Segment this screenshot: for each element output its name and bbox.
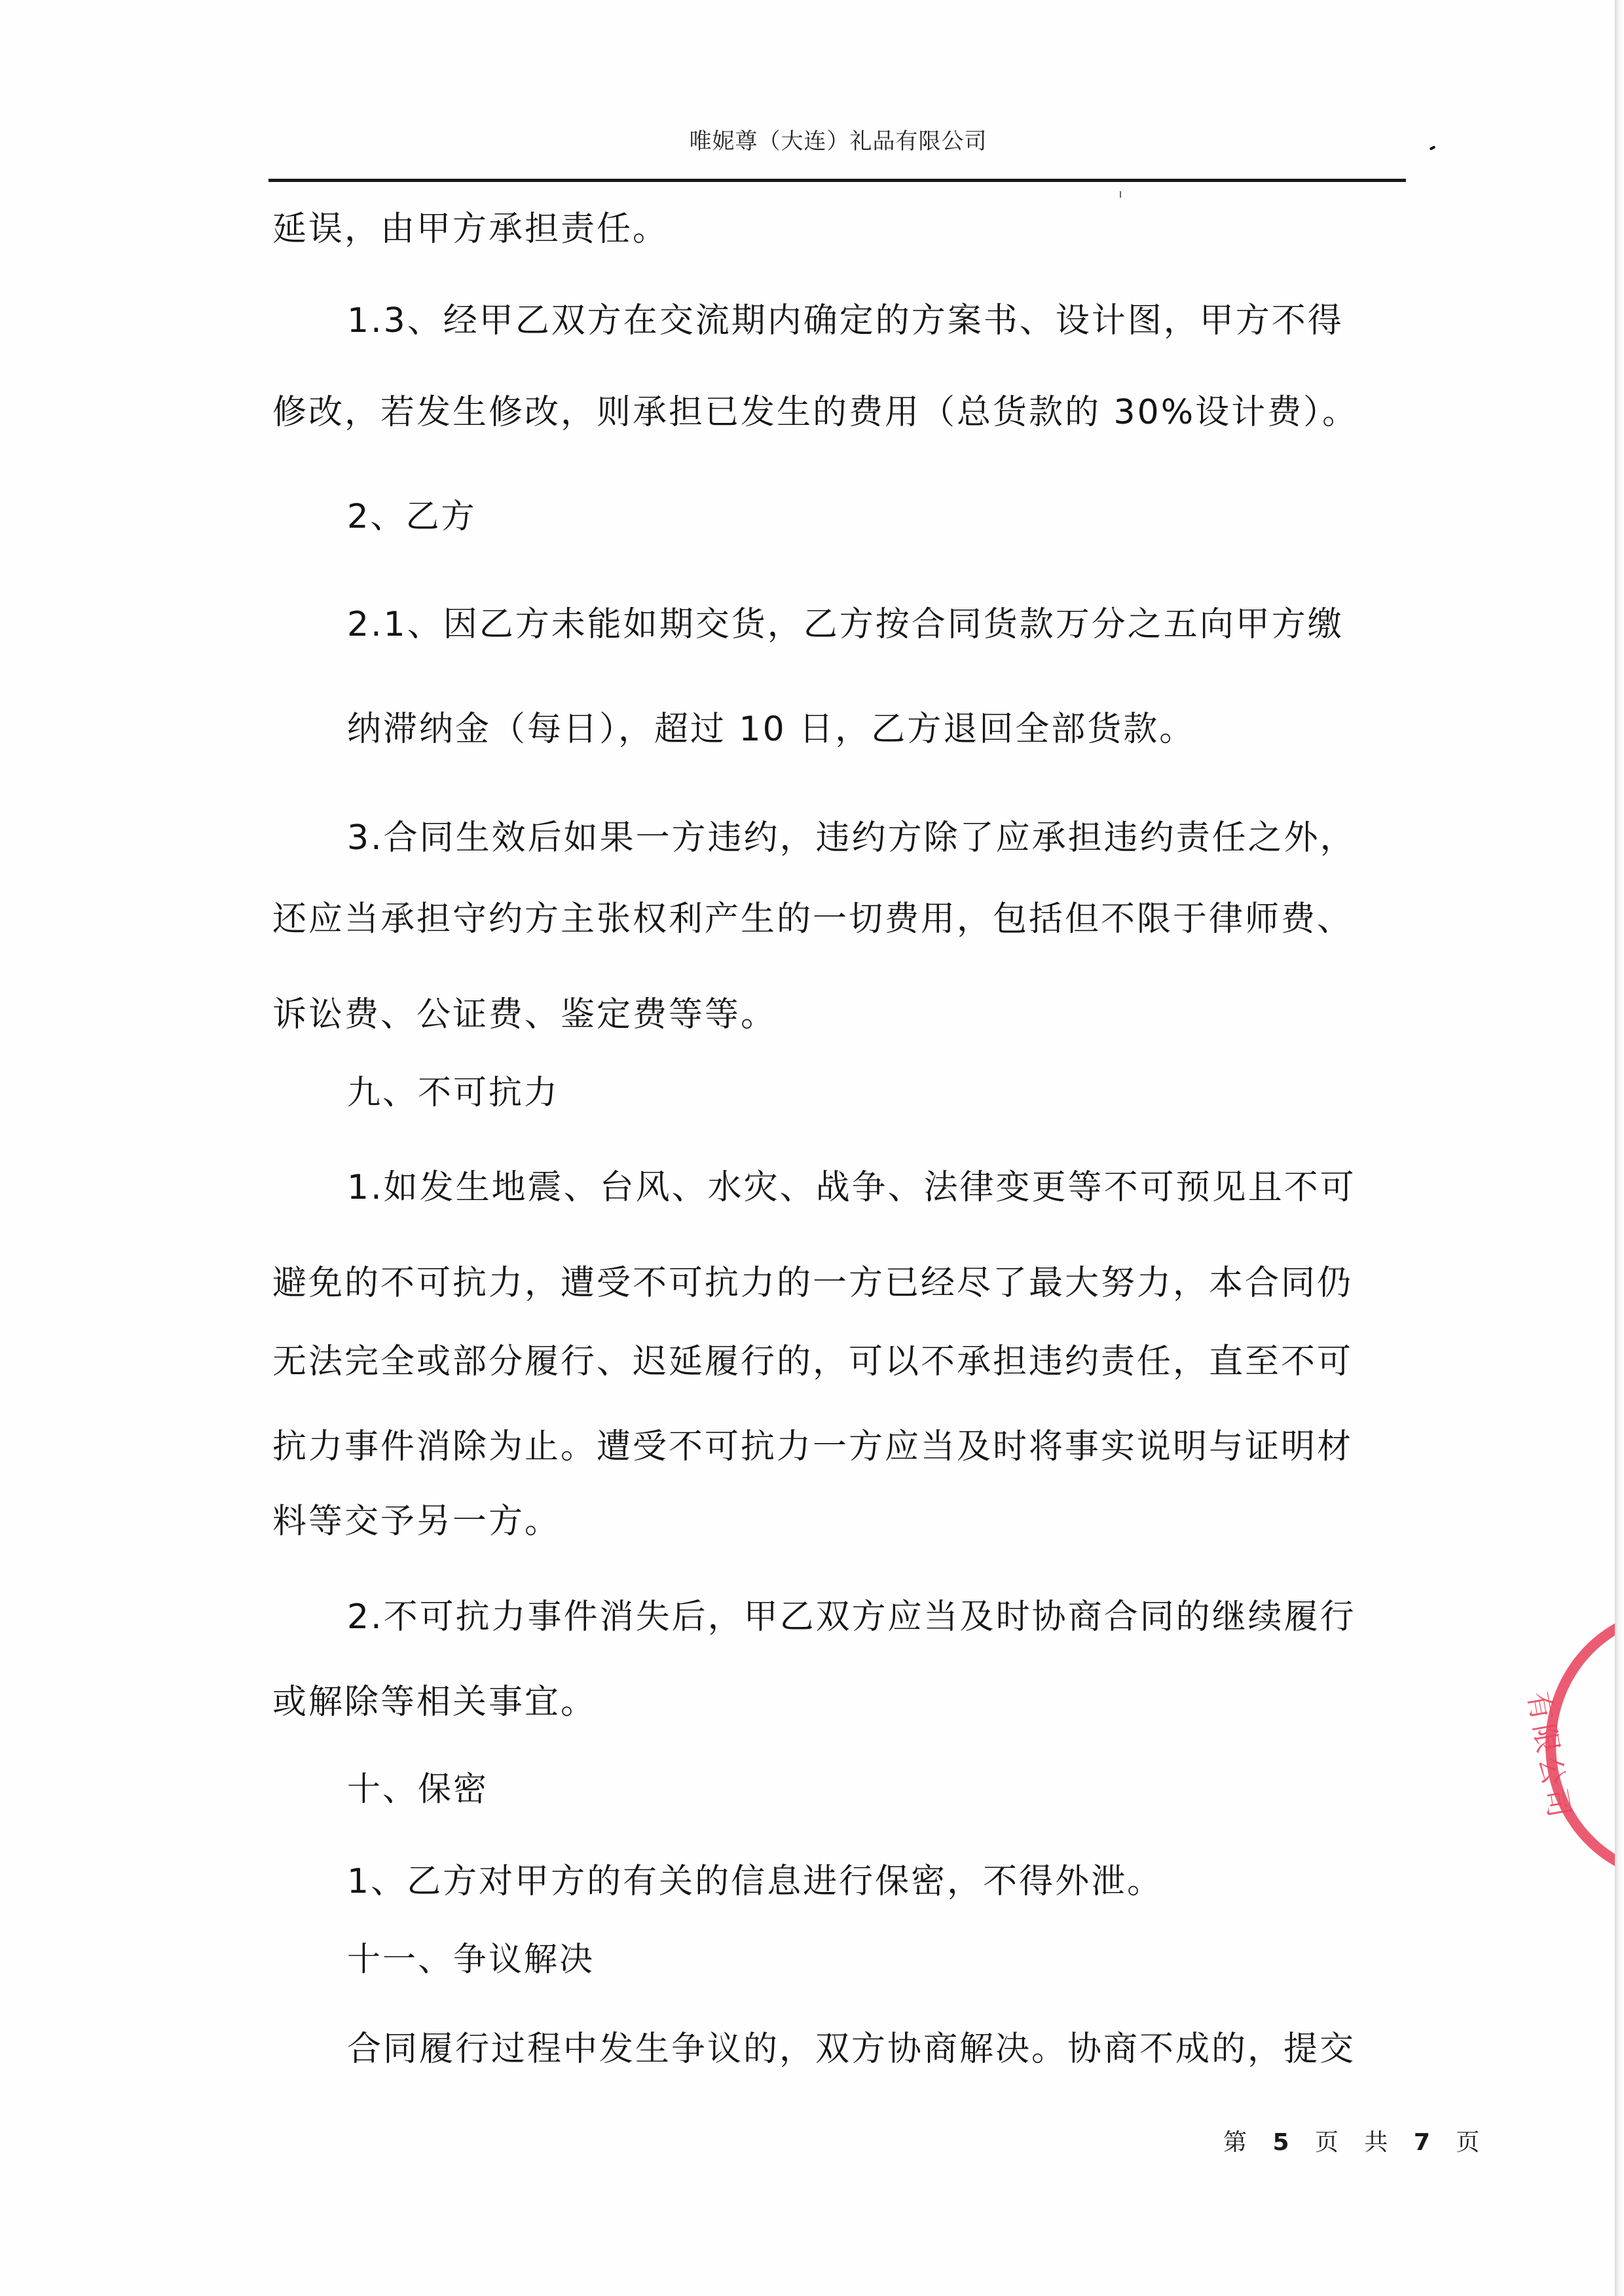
body-line: 延误，由甲方承担责任。 [272, 208, 669, 250]
page-number-middle: 页 共 [1315, 2129, 1397, 2156]
company-seal-stamp [1545, 1607, 1615, 1882]
confidentiality-clause-1: 1、乙方对甲方的有关的信息进行保密，不得外泄。 [347, 1861, 1163, 1903]
clause-3-line-2: 还应当承担守约方主张权利产生的一切费用，包括但不限于律师费、 [272, 898, 1353, 940]
section-party-b-heading: 2、乙方 [347, 496, 476, 538]
clause-3-line-3: 诉讼费、公证费、鉴定费等等。 [272, 994, 777, 1036]
total-pages: 7 [1414, 2129, 1439, 2156]
header-company-name: 唯妮尊（大连）礼品有限公司 [0, 123, 1624, 155]
clause-2-1-line-1: 2.1、因乙方未能如期交货，乙方按合同货款万分之五向甲方缴 [347, 604, 1344, 646]
page-number-prefix: 第 [1223, 2129, 1256, 2156]
header-rule [268, 179, 1406, 182]
force-majeure-clause-1-line-2: 避免的不可抗力，遭受不可抗力的一方已经尽了最大努力，本合同仍 [272, 1262, 1353, 1304]
force-majeure-clause-1-line-3: 无法完全或部分履行、迟延履行的，可以不承担违约责任，直至不可 [272, 1341, 1353, 1383]
dispute-resolution-line-1: 合同履行过程中发生争议的，双方协商解决。协商不成的，提交 [347, 2028, 1356, 2070]
scan-page-edge [1615, 0, 1624, 2296]
page-number-suffix: 页 [1456, 2129, 1488, 2156]
page-number: 第 5 页 共 7 页 [1223, 2124, 1488, 2157]
company-seal-text: 有限公司 [1521, 1689, 1560, 1734]
scan-artifact-tick [1120, 191, 1121, 198]
clause-2-1-line-2: 纳滞纳金（每日），超过 10 日，乙方退回全部货款。 [347, 708, 1195, 750]
clause-1-3-line-2: 修改，若发生修改，则承担已发生的费用（总货款的 30%设计费）。 [272, 392, 1358, 433]
clause-1-3-line-1: 1.3、经甲乙双方在交流期内确定的方案书、设计图，甲方不得 [347, 300, 1344, 342]
section-11-heading: 十一、争议解决 [347, 1939, 595, 1981]
force-majeure-clause-2-line-1: 2.不可抗力事件消失后，甲乙双方应当及时协商合同的继续履行 [347, 1596, 1356, 1638]
section-9-heading: 九、不可抗力 [347, 1072, 559, 1114]
section-10-heading: 十、保密 [347, 1769, 489, 1811]
seal-clip-region: 有限公司 [0, 0, 1615, 2296]
force-majeure-clause-1-line-4: 抗力事件消除为止。遭受不可抗力一方应当及时将事实说明与证明材 [272, 1426, 1353, 1468]
force-majeure-clause-2-line-2: 或解除等相关事宜。 [272, 1681, 597, 1723]
document-page: 唯妮尊（大连）礼品有限公司 延误，由甲方承担责任。 1.3、经甲乙双方在交流期内… [0, 0, 1624, 2296]
clause-3-line-1: 3.合同生效后如果一方违约，违约方除了应承担违约责任之外， [347, 817, 1356, 859]
force-majeure-clause-1-line-1: 1.如发生地震、台风、水灾、战争、法律变更等不可预见且不可 [347, 1167, 1356, 1209]
current-page: 5 [1272, 2129, 1298, 2156]
force-majeure-clause-1-line-5: 料等交予另一方。 [272, 1501, 561, 1542]
